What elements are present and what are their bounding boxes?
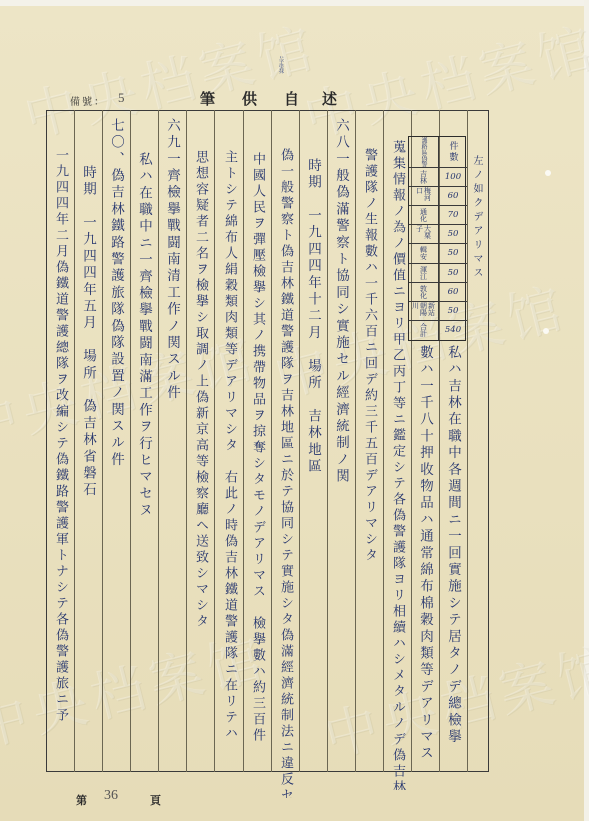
table-cell-count: 60 [439, 187, 467, 206]
table-cell-name: 通化 [409, 206, 439, 225]
table-cell-name: 大栗子 [409, 225, 439, 244]
text-column: 六九一齊檢擧戰闘南清工作ノ関スル件 [159, 118, 185, 768]
scan-edge-top [0, 0, 589, 6]
title-char: 供 [242, 88, 257, 109]
text-column: 主トシテ綿布人絹穀類肉類等デアリマシタ 右此ノ時偽吉林鐵道警護隊ニ在リテハ [216, 150, 242, 800]
scan-edge-right [584, 0, 589, 821]
table-cell-name: 輯安 [409, 244, 439, 263]
table-header: 件數 [439, 137, 467, 168]
text-column: 一九四四年二月偽鐵道警護總隊ヲ改編シテ偽鐵路警護軍トナシテ各偽警護旅ニ予 [47, 148, 73, 798]
text-column: 蒐集情報ノ為ノ價值ニヨリ甲乙丙丁等ニ鑑定シテ各偽警護隊ヨリ相續ハシメタルノデ偽吉… [384, 140, 410, 790]
table-cell-name: 吉林 [409, 168, 439, 187]
text-column: 時期 一九四四年十二月 場所 吉林地區 [300, 158, 326, 808]
title-char: 自 [284, 88, 299, 109]
page-number: 36 [104, 788, 118, 804]
text-column: 警護隊ノ生報數ハ一千六百ニ回デ約三千五百デアリマシタ [356, 148, 382, 798]
table-cell-count: 540 [439, 321, 467, 340]
title-char: 筆 [200, 88, 215, 109]
table-cell-name: 敦化 [409, 283, 439, 302]
text-column: 數ハ一千八十押收物品ハ通常綿布棉穀肉類等デアリマス [412, 345, 438, 765]
text-column: 七〇、偽吉林鐵路警護旅隊偽隊設置ノ関スル件 [103, 118, 129, 768]
table-cell-name: 合計 [409, 321, 439, 340]
text-column: 思想容疑者二名ヲ檢擧シ取調ノ上偽新京高等檢察廳ヘ送致シマシタ [187, 150, 213, 800]
text-column: 六八一般偽滿警察ト協同シ實施セル經濟統制ノ関 [328, 118, 354, 768]
title-char: 述 [322, 88, 337, 109]
rule-line [214, 110, 215, 772]
file-number-value: 5 [118, 90, 125, 106]
text-column: 私ハ在職中ニ一齊檢擧戰闘南滿工作ヲ行ヒマセヌ [131, 152, 157, 802]
paper-hole [543, 328, 549, 334]
embedded-table: 護路區偽警 件數 吉林 100 梅河口 60 通化 70 大栗子 50 輯安 5… [408, 136, 466, 341]
table-cell-count: 60 [439, 283, 467, 302]
table-cell-name: 渾江 [409, 264, 439, 283]
page-suffix: 頁 [150, 792, 161, 808]
text-column: 偽一般警察ト偽吉林鐵道警護隊ヲ吉林地區ニ於テ協同シテ實施シタ偽滿經濟統制法ニ違反… [272, 148, 298, 798]
text-column: 時期 一九四四年五月 場所 偽吉林省磐石 [75, 165, 101, 815]
paper-hole [545, 170, 551, 176]
table-side-note: 左ノ如クデアリマス [469, 155, 489, 305]
table-cell-count: 100 [439, 168, 467, 187]
file-number-label: 備號： [70, 93, 106, 108]
table-cell-count: 50 [439, 244, 467, 263]
table-cell-name: 梅河口 [409, 187, 439, 206]
table-header: 護路區偽警 [409, 137, 439, 168]
table-cell-count: 50 [439, 225, 467, 244]
table-cell-name: 新站朝陽川 [409, 302, 439, 321]
table-cell-count: 50 [439, 302, 467, 321]
title-annotation: ﾆ字塗抹 [276, 56, 284, 74]
rule-line [467, 110, 468, 772]
page-prefix: 第 [76, 792, 87, 808]
text-column: 私ハ吉林在職中各週間ニ一回實施シテ居タノデ總檢擧 [440, 345, 466, 765]
text-column: 中國人民ヲ彈壓檢擧シ其ノ携帶物品ヲ掠奪シタモノデアリマス 檢擧數ハ約三百件 [244, 152, 270, 802]
table-cell-count: 70 [439, 206, 467, 225]
document-page: 中央档案馆 中央档案馆 中央档案馆 中央档案馆 中央档案馆 中央档案馆 備號： … [0, 0, 589, 821]
table-cell-count: 50 [439, 264, 467, 283]
